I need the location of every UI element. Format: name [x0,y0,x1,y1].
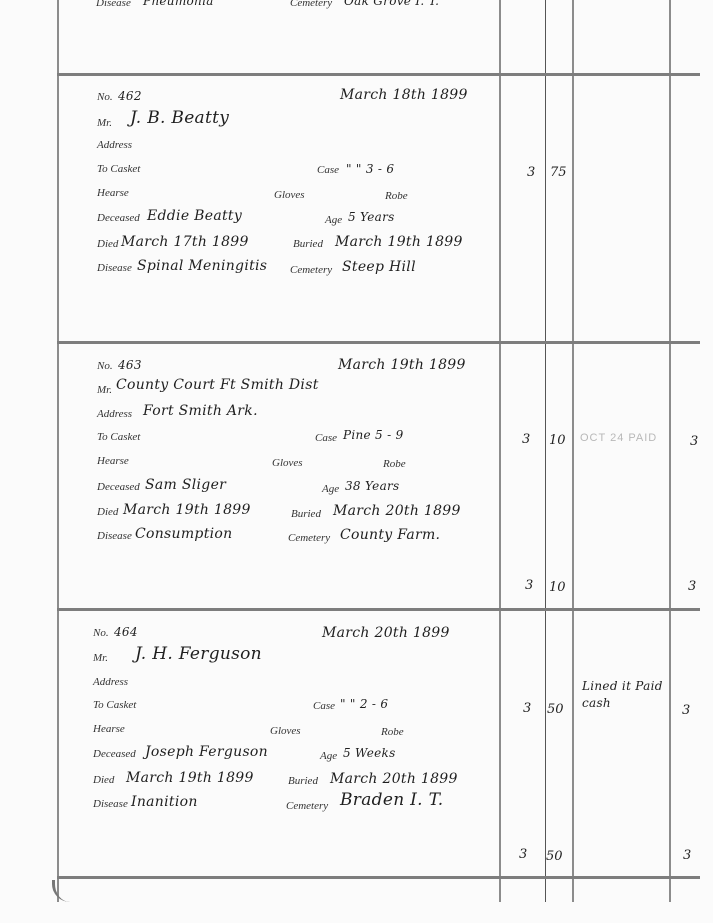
dollars-column-line [499,0,501,902]
died-value: March 19th 1899 [123,502,251,518]
cents-column-line [545,0,546,902]
address-label: Address [93,676,128,688]
age-label: Age [325,214,342,226]
case-value: " " 3 - 6 [346,162,394,176]
robe-label: Robe [383,458,406,470]
deceased-value: Joseph Ferguson [145,744,268,760]
no-label: No. [97,360,113,372]
entry-date: March 19th 1899 [338,357,466,373]
buried-label: Buried [288,775,318,787]
paid-column-line [669,0,671,902]
total-paid: 3 [688,579,696,594]
case-value: Pine 5 - 9 [343,428,404,442]
mr-value: County Court Ft Smith Dist [116,377,319,393]
died-value: March 17th 1899 [121,234,249,250]
amount-dollars: 3 [522,432,530,447]
disease-value: Spinal Meningitis [137,258,267,274]
notes-column-line [572,0,574,902]
died-value: March 19th 1899 [126,770,254,786]
cemetery-label: Cemetery [286,800,328,812]
to-casket-label: To Casket [97,163,140,175]
amount-cents: 50 [547,702,564,717]
total-cents: 10 [549,580,566,595]
hearse-label: Hearse [97,187,129,199]
entry-date: March 20th 1899 [322,625,450,641]
to-casket-label: To Casket [97,431,140,443]
amount-dollars: 3 [523,701,531,716]
age-value: 5 Weeks [343,746,396,760]
disease-label: Disease [97,262,132,274]
paid-amount: 3 [690,434,698,449]
gloves-label: Gloves [274,189,305,201]
age-label: Age [322,483,339,495]
buried-value: March 20th 1899 [333,503,461,519]
row-divider [57,876,700,879]
disease-value: Inanition [131,794,198,810]
entry-number: 462 [118,89,142,103]
no-label: No. [93,627,109,639]
cemetery-value: Steep Hill [342,259,416,275]
row-divider [57,73,700,76]
deceased-value: Eddie Beatty [147,208,242,224]
amount-cents: 10 [549,433,566,448]
amount-dollars: 3 [527,165,535,180]
payment-note: Lined it Paid cash [582,678,668,712]
age-label: Age [320,750,337,762]
case-label: Case [317,164,339,176]
total-cents: 50 [546,849,563,864]
total-paid: 3 [683,848,691,863]
left-border [57,0,59,902]
mr-label: Mr. [97,117,112,129]
entry-date: March 18th 1899 [340,87,468,103]
mr-label: Mr. [97,384,112,396]
row-divider [57,341,700,344]
died-label: Died [97,506,118,518]
case-value: " " 2 - 6 [340,697,388,711]
died-label: Died [93,774,114,786]
total-dollars: 3 [519,847,527,862]
buried-label: Buried [291,508,321,520]
buried-value: March 20th 1899 [330,771,458,787]
buried-value: March 19th 1899 [335,234,463,250]
died-label: Died [97,238,118,250]
cemetery-label: Cemetery [290,0,332,9]
paid-amount: 3 [682,703,690,718]
cemetery-value: County Farm. [340,527,440,543]
entry-number: 463 [118,358,142,372]
cemetery-value: Braden I. T. [340,790,443,810]
total-dollars: 3 [525,578,533,593]
address-value: Fort Smith Ark. [143,403,258,419]
disease-value: Pneumonia [143,0,214,8]
disease-label: Disease [96,0,131,9]
disease-value: Consumption [135,526,232,542]
hearse-label: Hearse [93,723,125,735]
mr-value: J. B. Beatty [130,108,229,128]
address-label: Address [97,139,132,151]
address-label: Address [97,408,132,420]
ledger-page: Disease Pneumonia Cemetery Oak Grove I. … [0,0,713,923]
robe-label: Robe [381,726,404,738]
age-value: 38 Years [345,479,400,493]
cemetery-value: Oak Grove I. T. [344,0,439,8]
hearse-label: Hearse [97,455,129,467]
mr-label: Mr. [93,652,108,664]
deceased-label: Deceased [97,212,140,224]
buried-label: Buried [293,238,323,250]
entry-number: 464 [114,625,138,639]
deceased-value: Sam Sliger [145,477,226,493]
case-label: Case [313,700,335,712]
disease-label: Disease [93,798,128,810]
no-label: No. [97,91,113,103]
mr-value: J. H. Ferguson [135,644,262,664]
to-casket-label: To Casket [93,699,136,711]
amount-cents: 75 [550,165,567,180]
gloves-label: Gloves [270,725,301,737]
cemetery-label: Cemetery [290,264,332,276]
robe-label: Robe [385,190,408,202]
deceased-label: Deceased [93,748,136,760]
cemetery-label: Cemetery [288,532,330,544]
row-divider [57,608,700,611]
gloves-label: Gloves [272,457,303,469]
deceased-label: Deceased [97,481,140,493]
disease-label: Disease [97,530,132,542]
case-label: Case [315,432,337,444]
age-value: 5 Years [348,210,395,224]
paid-stamp: OCT 24 PAID [580,432,657,444]
